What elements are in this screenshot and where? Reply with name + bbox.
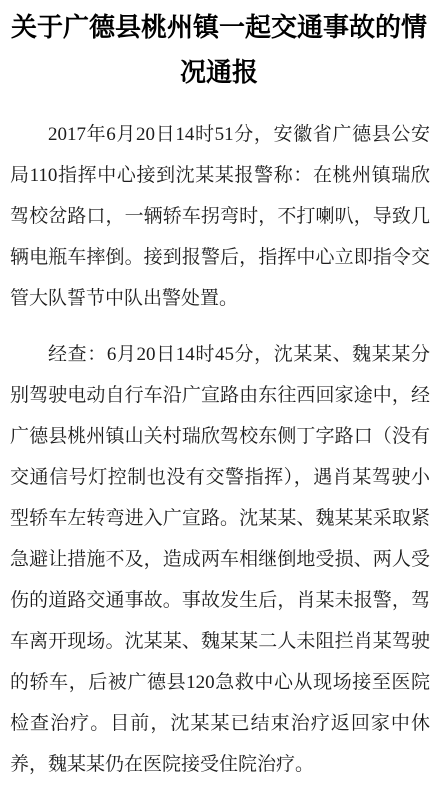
document-body: 2017年6月20日14时51分，安徽省广德县公安局110指挥中心接到沈某某报警… bbox=[10, 114, 430, 785]
paragraph-investigation: 经查：6月20日14时45分，沈某某、魏某某分别驾驶电动自行车沿广宣路由东往西回… bbox=[10, 334, 430, 785]
paragraph-report-call: 2017年6月20日14时51分，安徽省广德县公安局110指挥中心接到沈某某报警… bbox=[10, 114, 430, 319]
document-page: 关于广德县桃州镇一起交通事故的情况通报 2017年6月20日14时51分，安徽省… bbox=[0, 0, 438, 792]
document-title: 关于广德县桃州镇一起交通事故的情况通报 bbox=[6, 5, 432, 95]
